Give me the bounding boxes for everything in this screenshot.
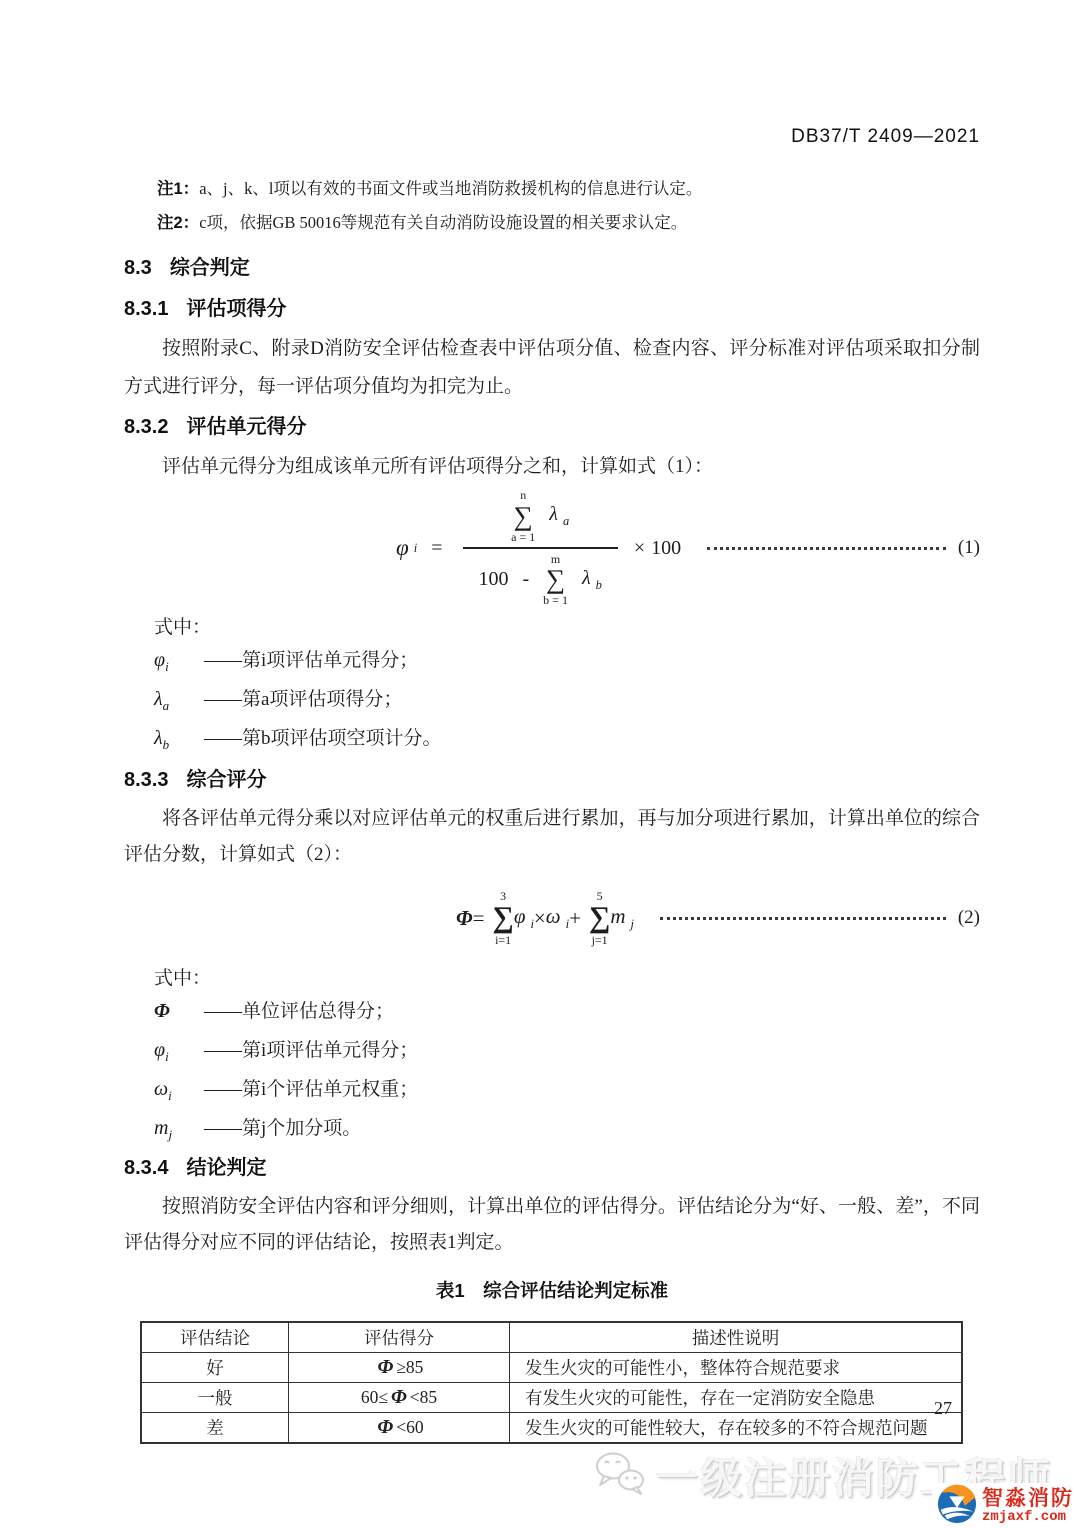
- note-1: 注1：a、j、k、l项以有效的书面文件或当地消防救援机构的信息进行认定。: [157, 172, 980, 206]
- table-row: 好 Φ≥85 发生火灾的可能性小，整体符合规范要求: [141, 1353, 962, 1383]
- phi-symbol: Φ: [375, 1356, 397, 1378]
- formula-1-lhs-sub: i: [414, 541, 417, 556]
- cell-conclusion: 好: [141, 1353, 289, 1383]
- sum-lower-limit: i=1: [495, 933, 511, 947]
- times-sign: ×: [634, 537, 645, 560]
- brand-badge: 智淼消防 zmjaxf.com: [932, 1483, 1074, 1528]
- symbol-definition: ωi ——第i个评估单元权重；: [154, 1073, 980, 1112]
- cell-score: 60≤Φ<85: [289, 1383, 510, 1413]
- cell-score: Φ≥85: [289, 1353, 510, 1383]
- paragraph-8-3-1: 按照附录C、附录D消防安全评估检查表中评估项分值、检查内容、评分标准对评估项采取…: [124, 330, 980, 406]
- zhimiao-logo-icon: [936, 1483, 978, 1528]
- heading-8-3-3-title: 综合评分: [186, 769, 266, 791]
- times-sign: ×: [534, 906, 546, 931]
- note-2: 注2：c项，依据GB 50016等规范有关自动消防设施设置的相关要求认定。: [157, 206, 980, 240]
- paragraph-8-3-2: 评估单元得分为组成该单元所有评估项得分之和，计算如式（1）：: [124, 448, 980, 486]
- wechat-icon: [594, 1451, 646, 1502]
- formula-2: Φ = 3 ∑ i=1 φi × ωi + 5 ∑ j=1 mj (2): [124, 881, 980, 955]
- formula-1: φ i = n ∑ a = 1 λa 100 - m: [124, 492, 980, 604]
- symbol-definition: λb ——第b项评估项空项计分。: [154, 722, 980, 761]
- where-label: 式中：: [154, 612, 980, 644]
- sum-operator: n ∑ a = 1: [511, 488, 535, 544]
- heading-8-3-number: 8.3: [124, 257, 152, 279]
- heading-8-3-3: 8.3.3 综合评分: [124, 769, 980, 791]
- note-1-label: 注1：: [157, 180, 199, 198]
- sum-operator: 5 ∑ j=1: [589, 889, 610, 948]
- factor-100: 100: [651, 537, 681, 560]
- cell-description: 发生火灾的可能性小，整体符合规范要求: [510, 1353, 963, 1383]
- cell-conclusion: 一般: [141, 1383, 289, 1413]
- sum-operator: m ∑ b = 1: [543, 552, 568, 608]
- formula-1-denominator: 100 - m ∑ b = 1 λb: [463, 552, 618, 608]
- sigma-symbol: ∑: [546, 566, 565, 593]
- table-1-caption: 表1 综合评估结论判定标准: [124, 1277, 980, 1303]
- page-number: 27: [934, 1398, 952, 1419]
- symbol-definition: φi ——第i项评估单元得分；: [154, 644, 980, 683]
- dotted-leader: [707, 547, 946, 550]
- page-content: DB37/T 2409—2021 注1：a、j、k、l项以有效的书面文件或当地消…: [0, 0, 1080, 1444]
- paragraph-8-3-3: 将各评估单元得分乘以对应评估单元的权重后进行累加，再与加分项进行累加，计算出单位…: [124, 801, 980, 873]
- column-header-conclusion: 评估结论: [141, 1322, 289, 1353]
- cell-conclusion: 差: [141, 1413, 289, 1444]
- lambda-b-term: λb: [582, 567, 602, 593]
- sum-lower-limit: b = 1: [543, 593, 568, 607]
- formula-2-equals: =: [473, 906, 485, 931]
- heading-8-3-1-title: 评估项得分: [186, 298, 286, 320]
- formula-1-numerator: n ∑ a = 1 λa: [495, 488, 585, 544]
- fraction-bar: [463, 547, 618, 549]
- symbol-definition: mj ——第j个加分项。: [154, 1112, 980, 1151]
- table-header-row: 评估结论 评估得分 描述性说明: [141, 1322, 962, 1353]
- minus-sign: -: [523, 568, 530, 591]
- table-row: 一般 60≤Φ<85 有发生火灾的可能性，存在一定消防安全隐患: [141, 1383, 962, 1413]
- constant-100: 100: [479, 568, 509, 591]
- note-2-label: 注2：: [157, 214, 199, 232]
- where-block-2: 式中： Φ ——单位评估总得分； φi ——第i项评估单元得分； ωi ——第i…: [154, 963, 980, 1151]
- symbol-definition: Φ ——单位评估总得分；: [154, 995, 980, 1034]
- omega-i-term: ωi: [546, 904, 569, 932]
- heading-8-3-4: 8.3.4 结论判定: [124, 1157, 980, 1179]
- notes-block: 注1：a、j、k、l项以有效的书面文件或当地消防救援机构的信息进行认定。 注2：…: [157, 172, 980, 240]
- sum-lower-limit: a = 1: [511, 530, 535, 544]
- column-header-score: 评估得分: [289, 1322, 510, 1353]
- note-1-text: a、j、k、l项以有效的书面文件或当地消防救援机构的信息进行认定。: [199, 179, 702, 198]
- heading-8-3: 8.3 综合判定: [124, 257, 980, 279]
- brand-name: 智淼消防: [982, 1488, 1074, 1510]
- heading-8-3-4-number: 8.3.4: [124, 1157, 168, 1179]
- heading-8-3-3-number: 8.3.3: [124, 769, 168, 791]
- sum-lower-limit: j=1: [592, 933, 608, 947]
- doc-number: DB37/T 2409—2021: [124, 126, 980, 148]
- sigma-symbol: ∑: [514, 503, 533, 530]
- phi-symbol: Φ: [374, 1416, 396, 1438]
- sigma-symbol: ∑: [589, 903, 610, 933]
- heading-8-3-2-title: 评估单元得分: [186, 416, 306, 438]
- sum-operator: 3 ∑ i=1: [492, 889, 513, 948]
- where-label: 式中：: [154, 963, 980, 995]
- symbol-definition: λa ——第a项评估项得分；: [154, 683, 980, 722]
- paragraph-8-3-4: 按照消防安全评估内容和评分细则，计算出单位的评估得分。评估结论分为“好、一般、差…: [124, 1189, 980, 1261]
- document-page: DB37/T 2409—2021 注1：a、j、k、l项以有效的书面文件或当地消…: [0, 0, 1080, 1528]
- phi-i-term: φi: [514, 904, 534, 932]
- m-j-term: mj: [610, 904, 634, 932]
- heading-8-3-1: 8.3.1 评估项得分: [124, 298, 980, 320]
- column-header-description: 描述性说明: [510, 1322, 963, 1353]
- formula-1-lhs: φ: [396, 535, 409, 561]
- plus-sign: +: [569, 906, 581, 931]
- formula-2-lhs: Φ: [456, 906, 473, 931]
- formula-2-number: (2): [958, 907, 980, 929]
- cell-description: 发生火灾的可能性较大，存在较多的不符合规范问题: [510, 1413, 963, 1444]
- heading-8-3-2-number: 8.3.2: [124, 416, 168, 438]
- formula-1-number: (1): [958, 537, 980, 559]
- phi-symbol: Φ: [388, 1386, 410, 1408]
- table-1: 评估结论 评估得分 描述性说明 好 Φ≥85 发生火灾的可能性小，整体符合规范要…: [140, 1321, 963, 1444]
- where-block-1: 式中： φi ——第i项评估单元得分； λa ——第a项评估项得分； λb ——…: [154, 612, 980, 761]
- heading-8-3-2: 8.3.2 评估单元得分: [124, 416, 980, 438]
- sigma-symbol: ∑: [492, 903, 513, 933]
- cell-score: Φ<60: [289, 1413, 510, 1444]
- heading-8-3-title: 综合判定: [170, 257, 250, 279]
- table-row: 差 Φ<60 发生火灾的可能性较大，存在较多的不符合规范问题: [141, 1413, 962, 1444]
- note-2-text: c项，依据GB 50016等规范有关自动消防设施设置的相关要求认定。: [199, 213, 687, 232]
- heading-8-3-1-number: 8.3.1: [124, 298, 168, 320]
- heading-8-3-4-title: 结论判定: [186, 1157, 266, 1179]
- cell-description: 有发生火灾的可能性，存在一定消防安全隐患: [510, 1383, 963, 1413]
- symbol-definition: φi ——第i项评估单元得分；: [154, 1034, 980, 1073]
- formula-1-equals: =: [431, 537, 442, 560]
- formula-1-fraction: n ∑ a = 1 λa 100 - m ∑ b = 1 λb: [463, 488, 618, 608]
- brand-domain: zmjaxf.com: [982, 1510, 1074, 1525]
- lambda-a-term: λa: [549, 503, 569, 529]
- dotted-leader: [660, 917, 946, 920]
